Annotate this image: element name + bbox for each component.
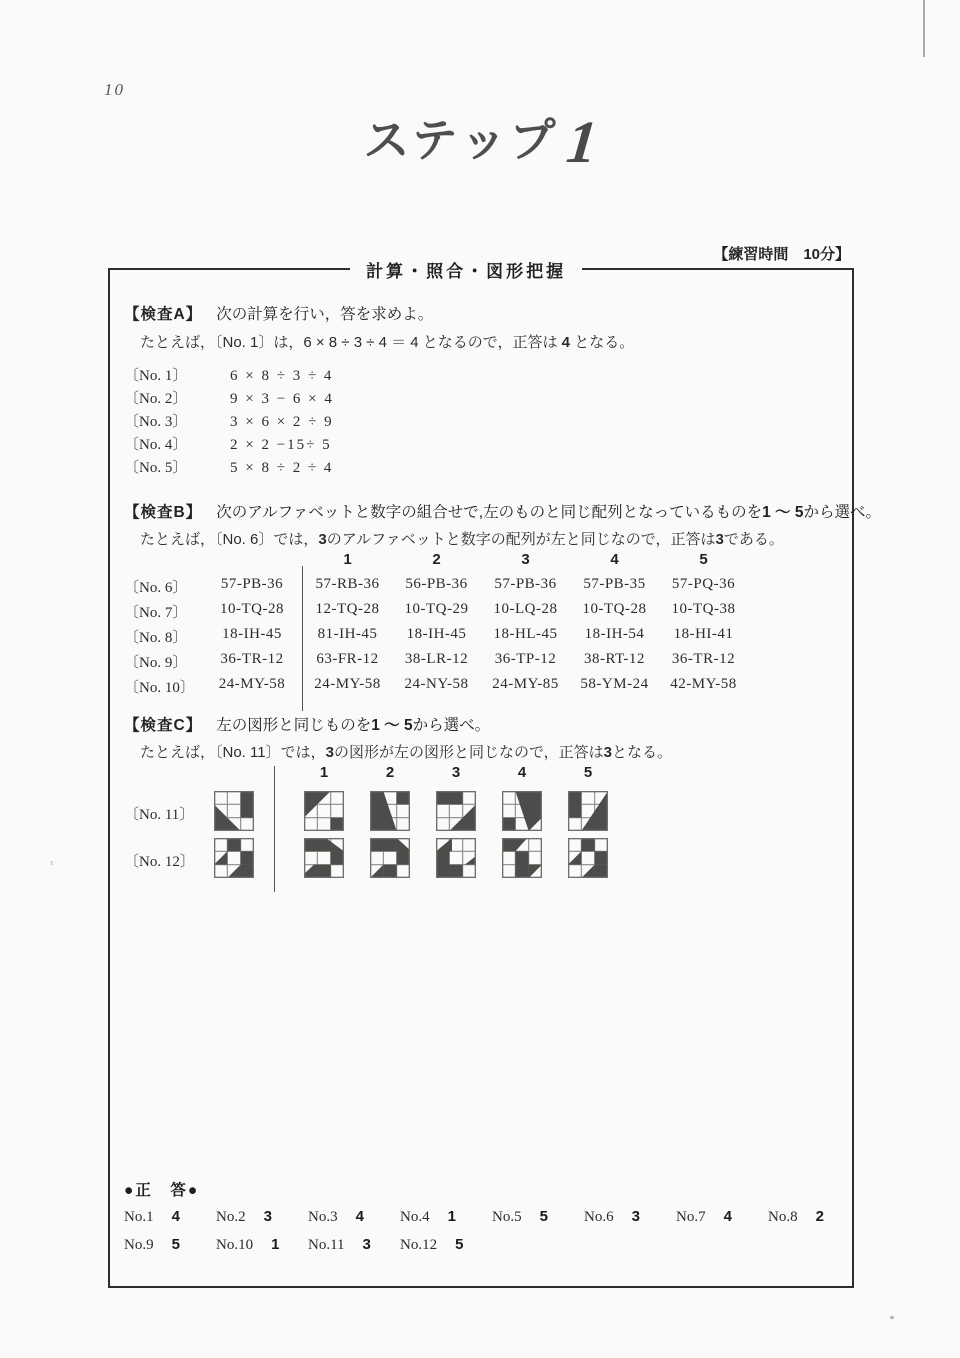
bold-text-segment: 1 〜 5 <box>762 504 803 521</box>
answer-label: No.2 <box>216 1209 246 1225</box>
answer-label: No.6 <box>584 1209 614 1225</box>
worksheet-box-title: 計算・照合・図形把握 <box>350 257 582 282</box>
figure-grid-no11-option-1 <box>304 791 344 831</box>
problem-label: 〔No. 5〕 <box>124 456 216 477</box>
answer-label: No.12 <box>400 1237 437 1253</box>
step-title-number: 1 <box>563 108 600 177</box>
figure-grid-no11-target <box>214 791 254 831</box>
column-header: 2 <box>357 764 423 781</box>
answer-label: No.9 <box>124 1237 154 1253</box>
figure-grid-no11-option-3 <box>436 791 476 831</box>
matching-option-code: 24-MY-85 <box>481 676 570 693</box>
answer-item: No.14 <box>124 1208 180 1226</box>
problem-expression: 9 × 3 − 6 × 4 <box>230 391 334 408</box>
answer-item: No.74 <box>676 1208 732 1226</box>
matching-option-code: 42-MY-58 <box>659 676 748 693</box>
answers-row-1: No.14No.23No.34No.41No.55No.63No.74No.82 <box>124 1208 840 1230</box>
section-a-example: たとえば，〔No. 1〕は，6 × 8 ÷ 3 ÷ 4 ＝ 4 となるので，正答… <box>140 331 634 352</box>
answer-value: 4 <box>724 1208 732 1225</box>
answer-label: No.10 <box>216 1237 253 1253</box>
column-header: 4 <box>489 764 555 781</box>
matching-row-label: 〔No. 6〕 <box>124 576 214 597</box>
answer-value: 1 <box>271 1236 279 1253</box>
problem-row: 〔No. 3〕3 × 6 × 2 ÷ 9 <box>124 410 334 433</box>
matching-option-code: 12-TQ-28 <box>303 601 392 618</box>
scan-artifact-edge-line <box>923 0 925 57</box>
matching-row-label: 〔No. 8〕 <box>124 626 214 647</box>
matching-option-code: 18-IH-54 <box>570 626 659 643</box>
problem-expression: 6 × 8 ÷ 3 ÷ 4 <box>230 368 333 385</box>
figure-grid-no12-option-3 <box>436 838 476 878</box>
answer-value: 3 <box>363 1236 371 1253</box>
section-b-column-headers: 12345 <box>303 551 749 568</box>
section-b-heading-row: 【検査B】次のアルファベットと数字の組合せで,左のものと同じ配列となっているもの… <box>124 500 881 522</box>
section-a-instruction: 次の計算を行い，答を求めよ。 <box>216 306 433 323</box>
page-number: 10 <box>104 80 125 100</box>
matching-option-code: 38-RT-12 <box>570 651 659 668</box>
scanned-workbook-page: 10 ステップ1 【練習時間 10分】 計算・照合・図形把握 【検査A】次の計算… <box>0 0 960 1358</box>
text-segment: たとえば，〔No. 6〕では， <box>140 531 318 548</box>
text-segment: から選べ。 <box>413 717 491 734</box>
matching-option-code: 57-PB-36 <box>481 576 570 593</box>
matching-option-code: 24-MY-58 <box>303 676 392 693</box>
matching-row-label: 〔No. 10〕 <box>124 676 214 697</box>
step-title-text: ステップ <box>363 114 558 166</box>
answer-item: No.113 <box>308 1236 371 1254</box>
matching-option-code: 36-TR-12 <box>659 651 748 668</box>
matching-option-code: 57-RB-36 <box>303 576 392 593</box>
matching-option-code: 63-FR-12 <box>303 651 392 668</box>
section-c-example: たとえば，〔No. 11〕では，3の図形が左の図形と同じなので，正答は3となる。 <box>140 741 672 762</box>
problem-label: 〔No. 2〕 <box>124 387 216 408</box>
text-segment: 左の図形と同じものを <box>216 717 371 734</box>
column-header: 3 <box>481 551 570 568</box>
matching-option-code: 36-TP-12 <box>481 651 570 668</box>
matching-row-label: 〔No. 9〕 <box>124 651 214 672</box>
problem-row: 〔No. 4〕2 × 2 −15÷ 5 <box>124 433 332 456</box>
matching-target-code: 10-TQ-28 <box>206 601 298 618</box>
answer-value: 4 <box>356 1208 364 1225</box>
problem-expression: 2 × 2 −15÷ 5 <box>230 437 332 454</box>
bold-text-segment: 1 〜 5 <box>371 717 412 734</box>
matching-option-code: 18-HL-45 <box>481 626 570 643</box>
text-segment: から選べ。 <box>803 504 881 521</box>
section-b-heading: 【検査B】 <box>124 504 202 521</box>
matching-option-code: 81-IH-45 <box>303 626 392 643</box>
matching-option-code: 58-YM-24 <box>570 676 659 693</box>
bold-text-segment: 3 <box>318 531 326 548</box>
section-c-heading: 【検査C】 <box>124 717 202 734</box>
section-a-heading-row: 【検査A】次の計算を行い，答を求めよ。 <box>124 302 433 324</box>
figure-grid-no11-option-2 <box>370 791 410 831</box>
figure-grid-no12-option-5 <box>568 838 608 878</box>
matching-target-code: 36-TR-12 <box>206 651 298 668</box>
matching-option-codes: 24-MY-5824-NY-5824-MY-8558-YM-2442-MY-58 <box>303 676 749 693</box>
bold-text-segment: 3 <box>326 744 334 761</box>
matching-target-code: 57-PB-36 <box>206 576 298 593</box>
figure-grid-no12-target <box>214 838 254 878</box>
matching-option-code: 10-TQ-38 <box>659 601 748 618</box>
bold-text-segment: 4 <box>558 334 575 351</box>
figure-grid-no12-option-1 <box>304 838 344 878</box>
answer-label: No.5 <box>492 1209 522 1225</box>
worksheet-box: 計算・照合・図形把握 【検査A】次の計算を行い，答を求めよ。 たとえば，〔No.… <box>108 268 854 1288</box>
answer-value: 1 <box>448 1208 456 1225</box>
matching-option-code: 56-PB-36 <box>392 576 481 593</box>
figure-row-label: 〔No. 12〕 <box>124 850 195 871</box>
answer-item: No.101 <box>216 1236 279 1254</box>
answer-value: 4 <box>172 1208 180 1225</box>
answer-value: 3 <box>264 1208 272 1225</box>
answer-value: 2 <box>816 1208 824 1225</box>
answer-item: No.63 <box>584 1208 640 1226</box>
answer-label: No.1 <box>124 1209 154 1225</box>
scan-artifact-dot <box>890 1316 894 1319</box>
figure-grid-no12-option-4 <box>502 838 542 878</box>
text-segment: となる。 <box>612 744 672 761</box>
answer-item: No.82 <box>768 1208 824 1226</box>
column-header: 4 <box>570 551 659 568</box>
answer-label: No.3 <box>308 1209 338 1225</box>
column-header: 1 <box>303 551 392 568</box>
column-header: 1 <box>291 764 357 781</box>
answer-value: 3 <box>632 1208 640 1225</box>
section-c-heading-row: 【検査C】左の図形と同じものを1 〜 5から選べ。 <box>124 713 490 735</box>
text-segment: たとえば，〔No. 11〕では， <box>140 744 326 761</box>
answer-value: 5 <box>455 1236 463 1253</box>
answers-heading: ●正 答● <box>124 1178 199 1200</box>
section-a-heading: 【検査A】 <box>124 306 202 323</box>
text-segment: の図形が左の図形と同じなので，正答は <box>334 744 604 761</box>
answers-row-2: No.95No.101No.113No.125 <box>124 1236 840 1258</box>
figure-grid-no12-option-2 <box>370 838 410 878</box>
figure-row-label: 〔No. 11〕 <box>124 803 194 824</box>
matching-option-code: 10-TQ-29 <box>392 601 481 618</box>
answer-label: No.8 <box>768 1209 798 1225</box>
column-header: 5 <box>555 764 621 781</box>
matching-option-code: 38-LR-12 <box>392 651 481 668</box>
answer-value: 5 <box>172 1236 180 1253</box>
problem-row: 〔No. 5〕5 × 8 ÷ 2 ÷ 4 <box>124 456 333 479</box>
matching-option-code: 18-IH-45 <box>392 626 481 643</box>
column-header: 3 <box>423 764 489 781</box>
matching-option-codes: 12-TQ-2810-TQ-2910-LQ-2810-TQ-2810-TQ-38 <box>303 601 749 618</box>
problem-expression: 3 × 6 × 2 ÷ 9 <box>230 414 334 431</box>
answer-value: 5 <box>540 1208 548 1225</box>
text-segment: となる。 <box>574 334 634 351</box>
section-b-instruction: 次のアルファベットと数字の組合せで,左のものと同じ配列となっているものを1 〜 … <box>216 504 881 521</box>
step-title: ステップ1 <box>0 104 960 177</box>
matching-option-code: 10-LQ-28 <box>481 601 570 618</box>
answer-label: No.11 <box>308 1237 345 1253</box>
scan-artifact-left-mark: 〝 <box>44 858 54 873</box>
matching-target-code: 18-IH-45 <box>206 626 298 643</box>
answer-label: No.4 <box>400 1209 430 1225</box>
problem-label: 〔No. 3〕 <box>124 410 216 431</box>
answer-item: No.125 <box>400 1236 463 1254</box>
answer-item: No.55 <box>492 1208 548 1226</box>
section-c-divider-line <box>274 766 275 892</box>
problem-label: 〔No. 4〕 <box>124 433 216 454</box>
problem-label: 〔No. 1〕 <box>124 364 216 385</box>
problem-row: 〔No. 2〕9 × 3 − 6 × 4 <box>124 387 334 410</box>
figure-grid-no11-option-5 <box>568 791 608 831</box>
matching-option-code: 18-HI-41 <box>659 626 748 643</box>
section-c-instruction: 左の図形と同じものを1 〜 5から選べ。 <box>216 717 490 734</box>
matching-row-label: 〔No. 7〕 <box>124 601 214 622</box>
bold-text-segment: 3 <box>716 531 724 548</box>
text-segment: のアルファベットと数字の配列が左と同じなので，正答は <box>327 531 716 548</box>
matching-option-codes: 81-IH-4518-IH-4518-HL-4518-IH-5418-HI-41 <box>303 626 749 643</box>
matching-option-codes: 57-RB-3656-PB-3657-PB-3657-PB-3557-PQ-36 <box>303 576 749 593</box>
text-segment: たとえば，〔No. 1〕は，6 × 8 ÷ 3 ÷ 4 ＝ 4 となるので，正答… <box>140 334 558 351</box>
matching-option-code: 24-NY-58 <box>392 676 481 693</box>
problem-row: 〔No. 1〕6 × 8 ÷ 3 ÷ 4 <box>124 364 333 387</box>
practice-time-label: 【練習時間 10分】 <box>713 243 850 264</box>
text-segment: 次のアルファベットと数字の組合せで,左のものと同じ配列となっているものを <box>216 504 762 521</box>
matching-option-code: 10-TQ-28 <box>570 601 659 618</box>
figure-grid-no11-option-4 <box>502 791 542 831</box>
bold-text-segment: 3 <box>604 744 612 761</box>
section-c-column-headers: 12345 <box>291 764 621 781</box>
column-header: 2 <box>392 551 481 568</box>
section-b-example: たとえば，〔No. 6〕では，3のアルファベットと数字の配列が左と同じなので，正… <box>140 528 784 549</box>
matching-option-codes: 63-FR-1238-LR-1236-TP-1238-RT-1236-TR-12 <box>303 651 749 668</box>
matching-target-code: 24-MY-58 <box>206 676 298 693</box>
matching-option-code: 57-PB-35 <box>570 576 659 593</box>
answer-item: No.95 <box>124 1236 180 1254</box>
column-header: 5 <box>659 551 748 568</box>
answer-label: No.7 <box>676 1209 706 1225</box>
answer-item: No.23 <box>216 1208 272 1226</box>
answer-item: No.41 <box>400 1208 456 1226</box>
matching-option-code: 57-PQ-36 <box>659 576 748 593</box>
text-segment: である。 <box>724 531 784 548</box>
problem-expression: 5 × 8 ÷ 2 ÷ 4 <box>230 460 333 477</box>
answer-item: No.34 <box>308 1208 364 1226</box>
